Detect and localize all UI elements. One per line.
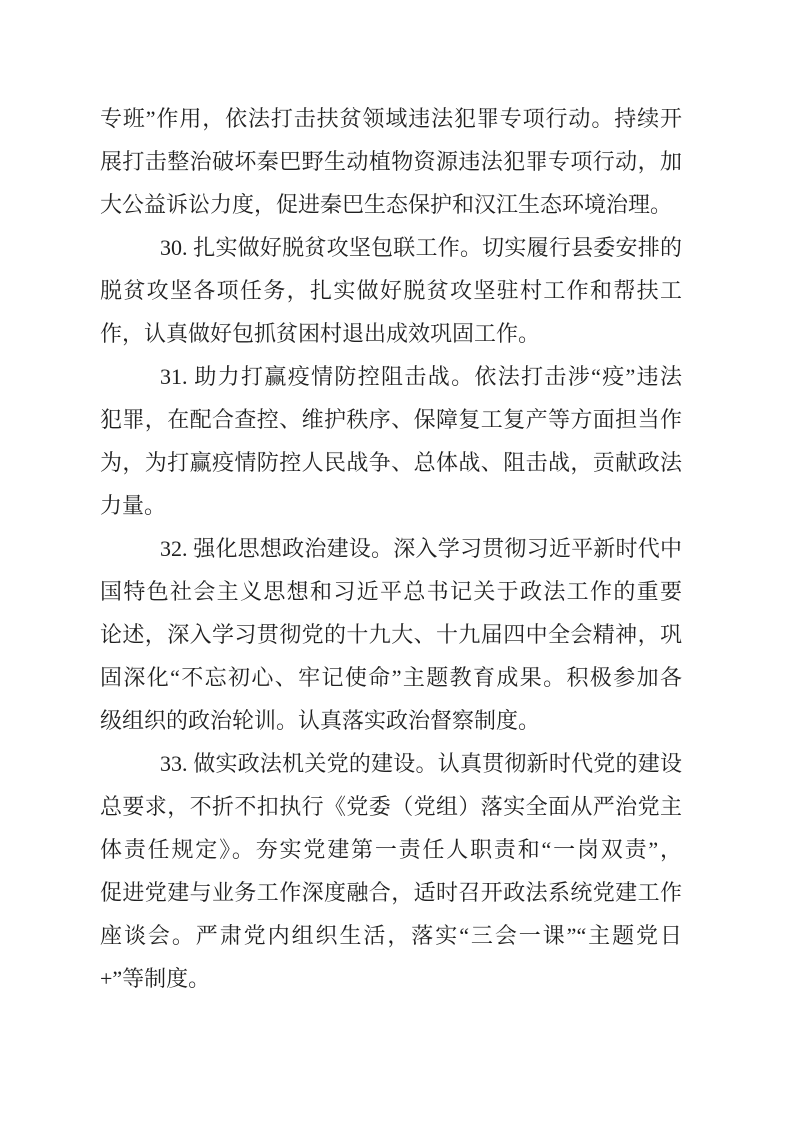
paragraph-30: 30. 扎实做好脱贫攻坚包联工作。切实履行县委安排的脱贫攻坚各项任务，扎实做好脱… bbox=[100, 226, 682, 355]
text-line: +”等制度。 bbox=[100, 957, 682, 1000]
text-line: 30. 扎实做好脱贫攻坚包联工作。切实履行县委安排的 bbox=[100, 226, 682, 269]
text-line: 促进党建与业务工作深度融合，适时召开政法系统党建工作 bbox=[100, 871, 682, 914]
text-line: 大公益诉讼力度，促进秦巴生态保护和汉江生态环境治理。 bbox=[100, 183, 682, 226]
text-line: 33. 做实政法机关党的建设。认真贯彻新时代党的建设 bbox=[100, 742, 682, 785]
text-line: 力量。 bbox=[100, 484, 682, 527]
paragraph-33: 33. 做实政法机关党的建设。认真贯彻新时代党的建设总要求，不折不扣执行《党委（… bbox=[100, 742, 682, 1000]
text-line: 专班”作用，依法打击扶贫领域违法犯罪专项行动。持续开 bbox=[100, 97, 682, 140]
text-line: 犯罪，在配合查控、维护秩序、保障复工复产等方面担当作 bbox=[100, 398, 682, 441]
paragraph-continuation: 专班”作用，依法打击扶贫领域违法犯罪专项行动。持续开展打击整治破坏秦巴野生动植物… bbox=[100, 97, 682, 226]
text-line: 总要求，不折不扣执行《党委（党组）落实全面从严治党主 bbox=[100, 785, 682, 828]
text-line: 座谈会。严肃党内组织生活，落实“三会一课”“主题党日 bbox=[100, 914, 682, 957]
text-line: 作，认真做好包抓贫困村退出成效巩固工作。 bbox=[100, 312, 682, 355]
text-line: 31. 助力打赢疫情防控阻击战。依法打击涉“疫”违法 bbox=[100, 355, 682, 398]
paragraph-32: 32. 强化思想政治建设。深入学习贯彻习近平新时代中国特色社会主义思想和习近平总… bbox=[100, 527, 682, 742]
text-line: 体责任规定》。夯实党建第一责任人职责和“一岗双责”， bbox=[100, 828, 682, 871]
text-line: 级组织的政治轮训。认真落实政治督察制度。 bbox=[100, 699, 682, 742]
document-body: 专班”作用，依法打击扶贫领域违法犯罪专项行动。持续开展打击整治破坏秦巴野生动植物… bbox=[100, 97, 682, 1000]
text-line: 国特色社会主义思想和习近平总书记关于政法工作的重要 bbox=[100, 570, 682, 613]
document-page: 专班”作用，依法打击扶贫领域违法犯罪专项行动。持续开展打击整治破坏秦巴野生动植物… bbox=[0, 0, 793, 1122]
text-line: 论述，深入学习贯彻党的十九大、十九届四中全会精神，巩 bbox=[100, 613, 682, 656]
text-line: 32. 强化思想政治建设。深入学习贯彻习近平新时代中 bbox=[100, 527, 682, 570]
text-line: 固深化“不忘初心、牢记使命”主题教育成果。积极参加各 bbox=[100, 656, 682, 699]
paragraph-31: 31. 助力打赢疫情防控阻击战。依法打击涉“疫”违法犯罪，在配合查控、维护秩序、… bbox=[100, 355, 682, 527]
text-line: 为，为打赢疫情防控人民战争、总体战、阻击战，贡献政法 bbox=[100, 441, 682, 484]
text-line: 脱贫攻坚各项任务，扎实做好脱贫攻坚驻村工作和帮扶工 bbox=[100, 269, 682, 312]
text-line: 展打击整治破坏秦巴野生动植物资源违法犯罪专项行动，加 bbox=[100, 140, 682, 183]
